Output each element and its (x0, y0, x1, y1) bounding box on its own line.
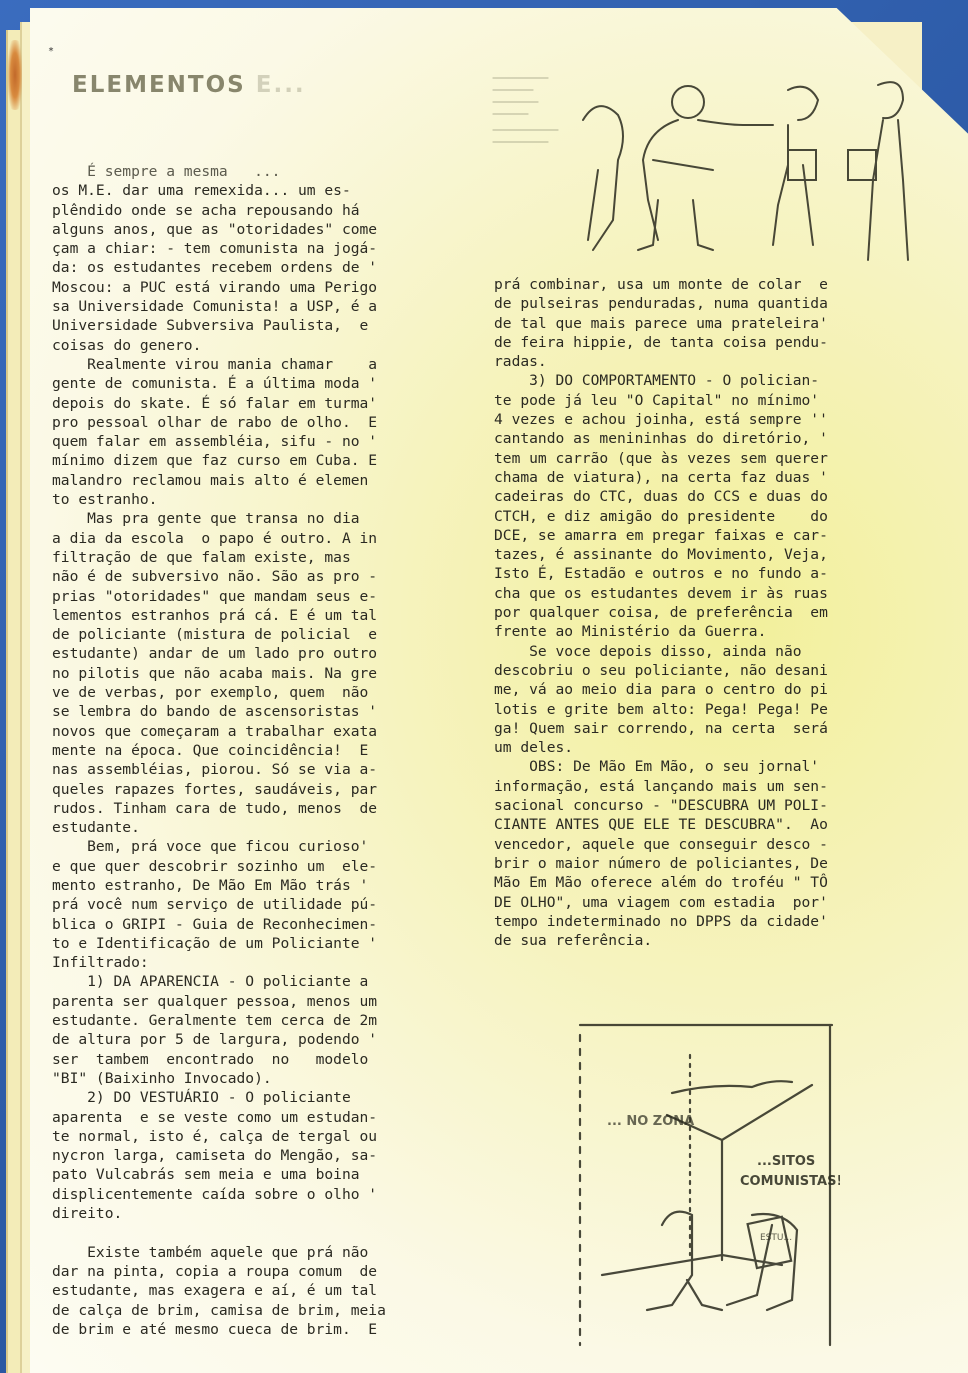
text-line: Realmente virou mania chamar a (52, 355, 386, 374)
article-title: ELEMENTOS E... (72, 72, 306, 98)
text-line: frente ao Ministério da Guerra. (494, 622, 828, 641)
text-line: pro pessoal olhar de rabo de olho. E (52, 413, 386, 432)
text-line (52, 1223, 386, 1242)
text-line: CIANTE ANTES QUE ELE TE DESCUBRA". Ao (494, 815, 828, 834)
text-line: tempo indeterminado no DPPS da cidade' (494, 912, 828, 931)
text-line: mínimo dizem que faz curso em Cuba. E (52, 451, 386, 470)
text-line: Existe também aquele que prá não (52, 1243, 386, 1262)
text-line: me, vá ao meio dia para o centro do pi (494, 680, 828, 699)
text-line: não é de subversivo não. São as pro - (52, 567, 386, 586)
text-line: Mas pra gente que transa no dia (52, 509, 386, 528)
right-column-text: prá combinar, usa um monte de colar ede … (494, 275, 828, 950)
text-line: prias "otoridades" que mandam seus e- (52, 587, 386, 606)
left-column-text: É sempre a mesma ...os M.E. dar uma reme… (52, 162, 386, 1339)
text-line: Isto É, Estadão e outros e no fundo a- (494, 564, 828, 583)
text-line: de calça de brim, camisa de brim, meia (52, 1301, 386, 1320)
corner-mark: * (48, 46, 54, 57)
text-line: estudante. (52, 818, 386, 837)
text-line: estudante, mas exagera e aí, é um tal (52, 1281, 386, 1300)
text-line: mento estranho, De Mão Em Mão trás ' (52, 876, 386, 895)
text-line: 4 vezes e achou joinha, está sempre '' (494, 410, 828, 429)
cartoon-soldier-illustration (488, 50, 918, 265)
text-line: nas assembléias, piorou. Só se via a- (52, 760, 386, 779)
text-line: gente de comunista. É a última moda ' (52, 374, 386, 393)
text-line: plêndido onde se acha repousando há (52, 201, 386, 220)
text-line: vencedor, aquele que conseguir desco - (494, 835, 828, 854)
text-line: estudante) andar de um lado pro outro (52, 644, 386, 663)
text-line: sacional concurso - "DESCUBRA UM POLI- (494, 796, 828, 815)
text-line: por qualquer coisa, de preferência em (494, 603, 828, 622)
text-line: quem falar em assembléia, sifu - no ' (52, 432, 386, 451)
text-line: cantando as menininhas do diretório, ' (494, 429, 828, 448)
text-line: tazes, é assinante do Movimento, Veja, (494, 545, 828, 564)
text-line: displicentemente caída sobre o olho ' (52, 1185, 386, 1204)
text-line: DE OLHO", uma viagem com estadia por' (494, 893, 828, 912)
title-faded: E... (256, 72, 306, 98)
text-line: aparenta e se veste como um estudan- (52, 1108, 386, 1127)
text-line: to e Identificação de um Policiante ' (52, 934, 386, 953)
text-line: te normal, isto é, calça de tergal ou (52, 1127, 386, 1146)
text-line: depois do skate. É só falar em turma' (52, 394, 386, 413)
text-line: te pode já leu "O Capital" no mínimo' (494, 391, 828, 410)
text-line: ve de verbas, por exemplo, quem não (52, 683, 386, 702)
speech-right-line2: COMUNISTAS! (740, 1174, 840, 1189)
text-line: parenta ser qualquer pessoa, menos um (52, 992, 386, 1011)
text-line: coisas do genero. (52, 336, 386, 355)
text-line: de tal que mais parece uma prateleira' (494, 314, 828, 333)
text-line: Universidade Subversiva Paulista, e (52, 316, 386, 335)
text-line: os M.E. dar uma remexida... um es- (52, 181, 386, 200)
text-line: blica o GRIPI - Guia de Reconhecimen- (52, 915, 386, 934)
text-line: da: os estudantes recebem ordens de ' (52, 258, 386, 277)
text-line: 2) DO VESTUÁRIO - O policiante (52, 1088, 386, 1107)
text-line: dar na pinta, copia a roupa comum de (52, 1262, 386, 1281)
cartoon-communists-illustration: ... NO ZONA ...SITOS COMUNISTAS! ESTU... (572, 1015, 840, 1353)
text-line: pato Vulcabrás sem meia e uma boina (52, 1165, 386, 1184)
text-line: cadeiras do CTC, duas do CCS e duas do (494, 487, 828, 506)
text-line: de policiante (mistura de policial e (52, 625, 386, 644)
text-line: se lembra do bando de ascensoristas ' (52, 702, 386, 721)
text-line: to estranho. (52, 490, 386, 509)
text-line: prá combinar, usa um monte de colar e (494, 275, 828, 294)
text-line: 3) DO COMPORTAMENTO - O polician- (494, 371, 828, 390)
text-line: mente na época. Que coincidência! E (52, 741, 386, 760)
text-line: çam a chiar: - tem comunista na jogá- (52, 239, 386, 258)
text-line: CTCH, e diz amigão do presidente do (494, 507, 828, 526)
text-line: a dia da escola o papo é outro. A in (52, 529, 386, 548)
text-line: DCE, se amarra em pregar faixas e car- (494, 526, 828, 545)
text-line: chama de viatura), na certa faz duas ' (494, 468, 828, 487)
text-line: OBS: De Mão Em Mão, o seu jornal' (494, 757, 828, 776)
text-line: radas. (494, 352, 828, 371)
text-line: brir o maior número de policiantes, De (494, 854, 828, 873)
rust-stain (8, 40, 22, 110)
text-line: Infiltrado: (52, 953, 386, 972)
text-line: alguns anos, que as "otoridades" come (52, 220, 386, 239)
speech-right-line1: ...SITOS (757, 1154, 815, 1169)
text-line: nycron larga, camiseta do Mengão, sa- (52, 1146, 386, 1165)
text-line: estudante. Geralmente tem cerca de 2m (52, 1011, 386, 1030)
text-line: lotis e grite bem alto: Pega! Pega! Pe (494, 700, 828, 719)
text-line: prá você num serviço de utilidade pú- (52, 895, 386, 914)
text-line: ser tambem encontrado no modelo (52, 1050, 386, 1069)
text-line: de sua referência. (494, 931, 828, 950)
text-line: cha que os estudantes devem ir às ruas (494, 584, 828, 603)
text-line: no pilotis que não acaba mais. Na gre (52, 664, 386, 683)
text-line: Se voce depois disso, ainda não (494, 642, 828, 661)
paper-label: ESTU... (760, 1233, 792, 1243)
text-line: informação, está lançando mais um sen- (494, 777, 828, 796)
text-line: lementos estranhos prá cá. E é um tal (52, 606, 386, 625)
speech-left: ... NO ZONA (607, 1114, 694, 1129)
text-line: 1) DA APARENCIA - O policiante a (52, 972, 386, 991)
text-line: direito. (52, 1204, 386, 1223)
text-line: de feira hippie, de tanta coisa pendu- (494, 333, 828, 352)
text-line: descobriu o seu policiante, não desani (494, 661, 828, 680)
text-line: malandro reclamou mais alto é elemen (52, 471, 386, 490)
text-line: rudos. Tinham cara de tudo, menos de (52, 799, 386, 818)
text-line: ga! Quem sair correndo, na certa será (494, 719, 828, 738)
text-line: "BI" (Baixinho Invocado). (52, 1069, 386, 1088)
text-line: sa Universidade Comunista! a USP, é a (52, 297, 386, 316)
text-line: Mão Em Mão oferece além do troféu " TÔ (494, 873, 828, 892)
text-line: filtração de que falam existe, mas (52, 548, 386, 567)
text-line: tem um carrão (que às vezes sem querer (494, 449, 828, 468)
text-line: É sempre a mesma ... (52, 162, 386, 181)
text-line: novos que começaram a trabalhar exata (52, 722, 386, 741)
text-line: queles rapazes fortes, saudáveis, par (52, 780, 386, 799)
text-line: um deles. (494, 738, 828, 757)
title-visible: ELEMENTOS (72, 72, 246, 98)
text-line: de altura por 5 de largura, podendo ' (52, 1030, 386, 1049)
text-line: Moscou: a PUC está virando uma Perigo (52, 278, 386, 297)
text-line: Bem, prá voce que ficou curioso' (52, 837, 386, 856)
text-line: e que quer descobrir sozinho um ele- (52, 857, 386, 876)
text-line: de pulseiras penduradas, numa quantida (494, 294, 828, 313)
text-line: de brim e até mesmo cueca de brim. E (52, 1320, 386, 1339)
